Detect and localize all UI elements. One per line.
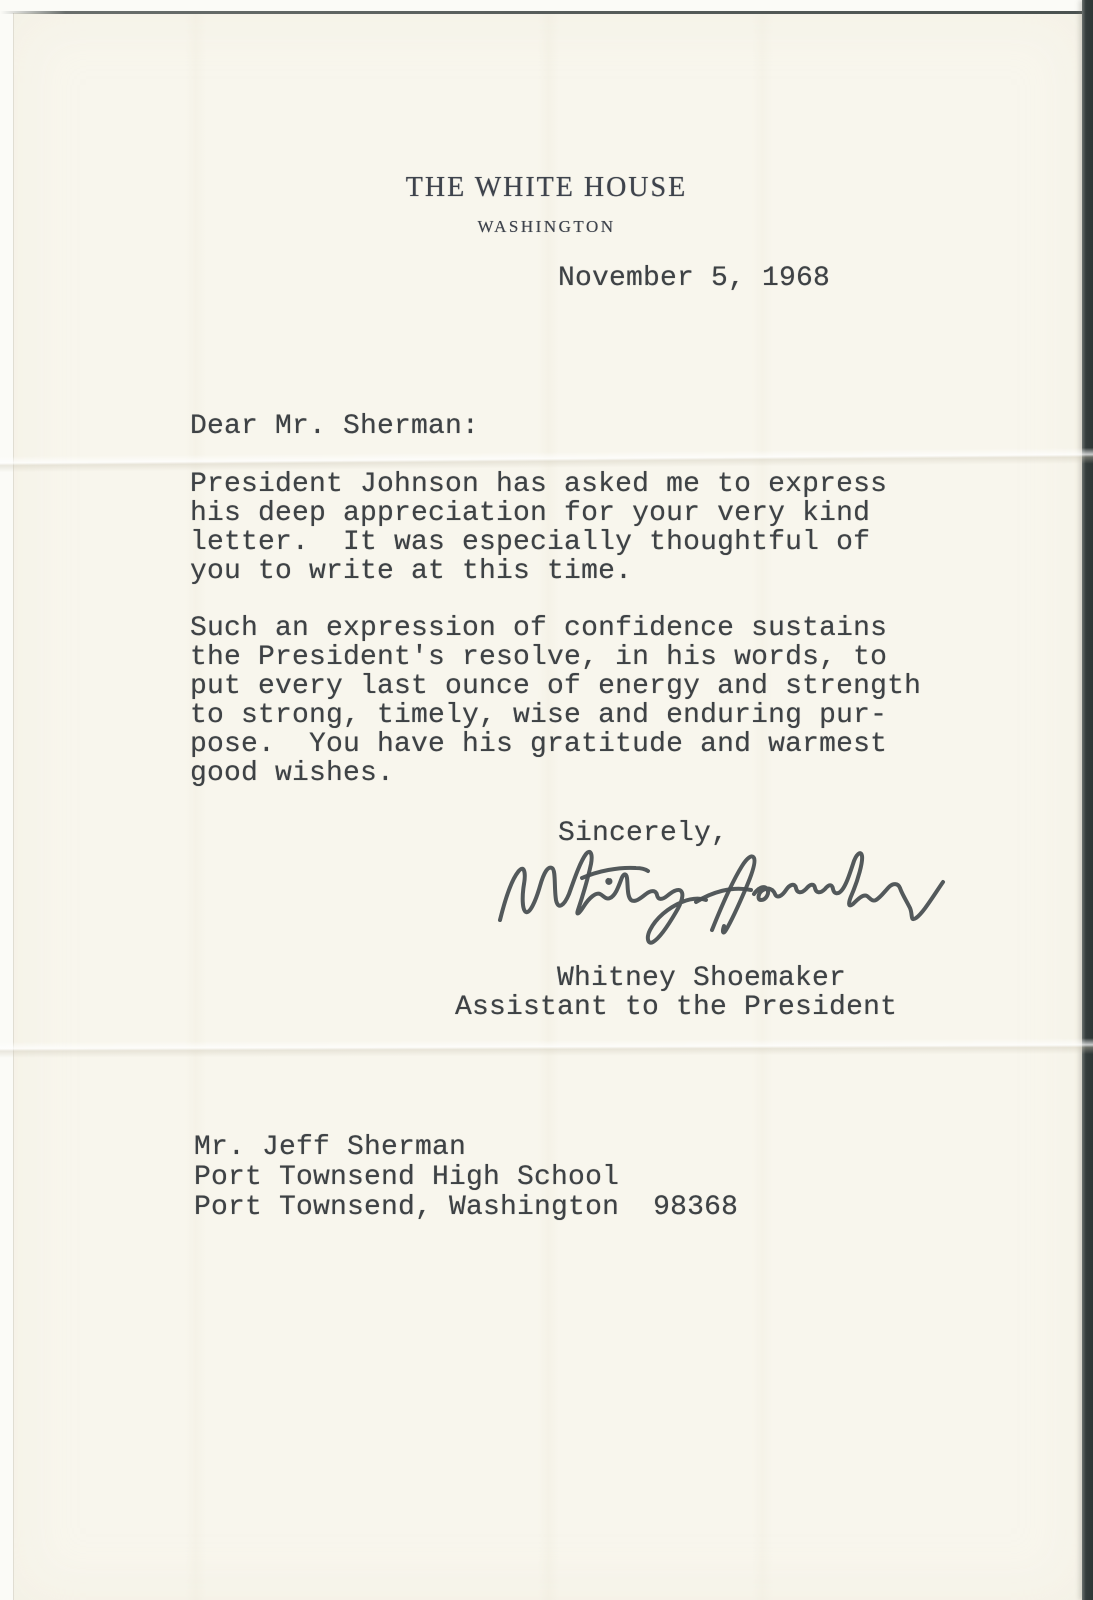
typed-signer-title: Assistant to the President: [455, 993, 897, 1022]
letter-paper: [13, 13, 1083, 1600]
signature-ink: [712, 856, 755, 932]
signature-ink: [500, 852, 706, 943]
letterhead-title: THE WHITE HOUSE: [0, 172, 1093, 204]
signature-ink: [607, 880, 610, 883]
scan-top-edge: [0, 11, 1093, 14]
body-paragraph-1: President Johnson has asked me to expres…: [190, 470, 887, 586]
signature-image: [470, 838, 950, 953]
typed-signer-name: Whitney Shoemaker: [557, 964, 846, 993]
letterhead-subtitle: WASHINGTON: [0, 217, 1093, 237]
scan-right-edge: [1082, 0, 1093, 1600]
salutation: Dear Mr. Sherman:: [190, 412, 479, 441]
signature-ink: [582, 868, 648, 878]
signature-ink: [754, 853, 943, 919]
date-line: November 5, 1968: [558, 264, 830, 293]
body-paragraph-2: Such an expression of confidence sustain…: [190, 614, 921, 788]
recipient-address: Mr. Jeff Sherman Port Townsend High Scho…: [194, 1133, 738, 1223]
